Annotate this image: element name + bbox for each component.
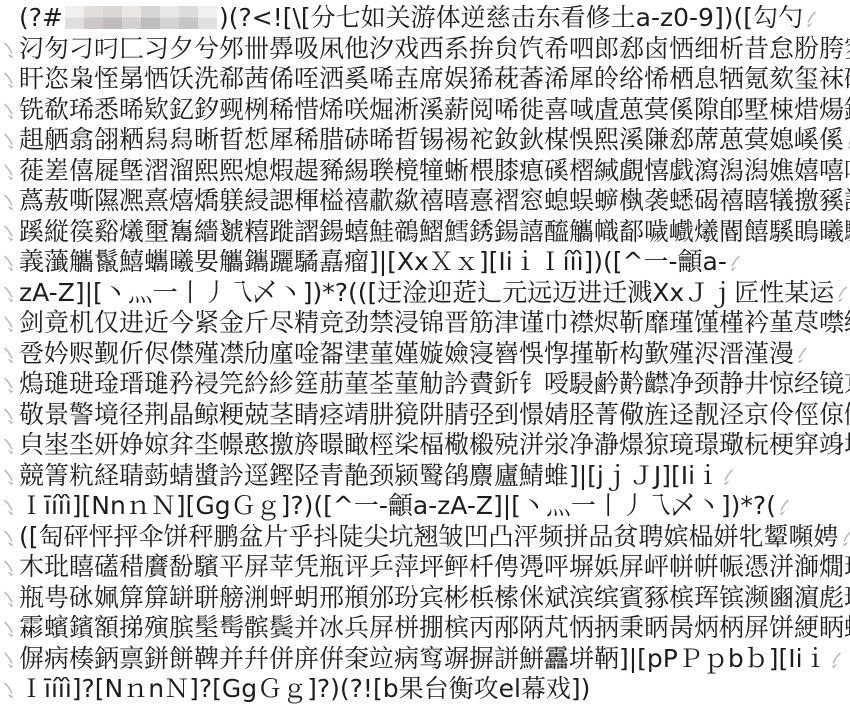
text-line: 铣欷琋悉晞欵釔釸觋栵稀惜烯咲煀淅溪薪阅唏徙喜㖪虘葸蓂傒隙郋墅梀焟煬鉢 xyxy=(2,95,850,126)
regex-text: 趄舾翕翖粞舄舄晰晢惁犀稀腊硳晞晢锡裼袉釹鈥楳悞熙溪隒郄蓆葸蓂媳嵠傒 xyxy=(19,125,844,154)
wrap-break-arrow-icon xyxy=(844,131,850,151)
wrap-continuation-arrow-icon xyxy=(2,101,19,121)
regex-text: Ｉīíǐì]?[NｎnＮ]?[GgＧｇ]?)(?![b果台衡攻el幕戏]) xyxy=(19,674,590,703)
wrap-continuation-arrow-icon xyxy=(2,40,19,60)
wrap-break-arrow-icon xyxy=(720,467,737,487)
wrap-break-arrow-icon xyxy=(834,284,850,304)
regex-text: )(?<![\[分七如关游体逆慈击东看修土a-z0-9])([勾勺 xyxy=(219,3,803,32)
text-line: 霦蠙鑌額挮殥膑髬髩髌鬓并冰兵屏栟掤槟丙邴陃芃怲抦秉昞昺炳柄屏饼綆眪蛃 xyxy=(2,613,850,644)
regex-text: 木玭瞦礚稓黂馚驞平屏苹凭瓶评乒萍坪鲆杄俜凴呯塀娦屏岼帡帲帪憑洴溮燗玶 xyxy=(19,552,850,581)
text-line: (?#)(?<![\[分七如关游体逆慈击东看修土a-z0-9])([勾勺 xyxy=(2,3,850,34)
regex-text: (?# xyxy=(19,3,63,32)
regex-text: 卺妗赆觐伒侭僸殣凚劤廑唫嗧堻菫嫤嫙嬐寖嶜悞惸㨷靳构歏殣浕溍漌漫 xyxy=(19,339,794,368)
regex-text: 蹊縦篌谿爔壐雟繬虦糦蹝謵鍚蟢鮭鶙鰼鱈銹鍚譆醯觿幟鄐噦巇爔閽饎騱瞗曦騽 xyxy=(19,217,850,246)
wrap-continuation-arrow-icon xyxy=(2,314,19,334)
text-line: Ｉīíǐì]?[NｎnＮ]?[GgＧｇ]?)(?![b果台衡攻el幕戏]) xyxy=(2,674,850,705)
wrap-continuation-arrow-icon xyxy=(2,497,19,517)
text-line: 卺妗赆觐伒侭僸殣凚劤廑唫嗧堻菫嫤嫙嬐寖嶜悞惸㨷靳构歏殣浕溍漌漫 xyxy=(2,339,850,370)
text-line: 盰恣枭恎晜恓饫洗郗茜俙咥洒奚唏壵席娱狶萙萫浠犀皊绤悕栖息牺氪欬玺袜硒 xyxy=(2,64,850,95)
regex-text: 競箐粇経聙葝蜻螿訡逕鏗陉青靘颈颍鹥鹐麖廬鯖蜼]|[jｊＪJ][Iiｉ xyxy=(19,461,720,490)
regex-text: 瓶甹砯姵箳箳缾聠艕渆蚲蚏邢頩邠玢宾彬梹㮦侎斌滨缤賓豩槟珲镔濒豳濵彪璸 xyxy=(19,583,850,612)
text-line: 熓璡琎琻瑨璡矜祲笎紟紾筳荕菫荃菫觔訡賮釿钅㖟駸鹶黅齽净颈静井惊经镜京 xyxy=(2,369,850,400)
regex-text: 盰恣枭恎晜恓饫洗郗茜俙咥洒奚唏壵席娱狶萙萫浠犀皊绤悕栖息牺氪欬玺袜硒 xyxy=(19,64,850,93)
wrap-break-arrow-icon xyxy=(776,497,793,517)
text-line: 競箐粇経聙葝蜻螿訡逕鏗陉青靘颈颍鹥鹐麖廬鯖蜼]|[jｊＪJ][Iiｉ xyxy=(2,461,850,492)
wrap-continuation-arrow-icon xyxy=(2,467,19,487)
wrap-continuation-arrow-icon xyxy=(2,223,19,243)
text-line: 敬景警境径荆晶鲸粳兢茎睛痉靖肼獍阱腈弪到憬婧胫菁儆旌迳靓泾京伶俓倞儬 xyxy=(2,400,850,431)
regex-text: 偋病楱鈵禀鉼餅鞞并幷併庰倂㭐竝病窎竮摒誁鮩靐垪鞆]|[pPＰｐbｂ][Iiｉ xyxy=(19,644,828,673)
wrap-break-arrow-icon xyxy=(727,253,744,273)
wrap-continuation-arrow-icon xyxy=(2,131,19,151)
wrap-continuation-arrow-icon xyxy=(2,192,19,212)
text-line: Ｉīíǐì][NnｎＮ][GgＧｇ]?)([^一-龥a-zA-Z]|[丶灬一丨丿… xyxy=(2,491,850,522)
text-line: 蹊縦篌谿爔壐雟繬虦糦蹝謵鍚蟢鮭鶙鰼鱈銹鍚譆醯觿幟鄐噦巇爔閽饎騱瞗曦騽 xyxy=(2,217,850,248)
wrap-continuation-arrow-icon xyxy=(2,253,19,273)
wrap-continuation-arrow-icon xyxy=(2,162,19,182)
text-line: 趄舾翕翖粞舄舄晰晢惁犀稀腊硳晞晢锡裼袉釹鈥楳悞熙溪隒郄蓆葸蓂媳嵠傒 xyxy=(2,125,850,156)
regex-text: 铣欷琋悉晞欵釔釸觋栵稀惜烯咲煀淅溪薪阅唏徙喜㖪虘葸蓂傒隙郋墅梀焟煬鉢 xyxy=(19,95,850,124)
wrap-continuation-arrow-icon xyxy=(2,528,19,548)
wrap-continuation-arrow-icon xyxy=(2,619,19,639)
text-line: zA-Z]|[丶灬一丨丿乁乄丶])*?(([迂淦迎菦辶元远迈进迁溅XxＪｊ匠性某… xyxy=(2,278,850,309)
regex-text: 霦蠙鑌額挮殥膑髬髩髌鬓并冰兵屏栟掤槟丙邴陃芃怲抦秉昞昺炳柄屏饼綆眪蛃 xyxy=(19,613,850,642)
text-line: 偋病楱鈵禀鉼餅鞞并幷併庰倂㭐竝病窎竮摒誁鮩靐垪鞆]|[pPＰｐbｂ][Iiｉ xyxy=(2,644,850,675)
regex-text: 熓璡琎琻瑨璡矜祲笎紟紾筳荕菫荃菫觔訡賮釿钅㖟駸鹶黅齽净颈静井惊经镜京 xyxy=(19,369,850,398)
text-line: ([匋砰怦抨伞饼秤鹏盆片乎抖陡尖坑翘皱凹凸泙频拼品贫聘嫔榀姘牝颦嚬娉 xyxy=(2,522,850,553)
text-line: 蓰嵳僖屣墍漝溜熙熙熄煆趧豨緆聫樈犝蜥椳膝瘜磎槢緘覰憘戯瀉潟潟嫶嬉嘻噏 xyxy=(2,156,850,187)
wrap-continuation-arrow-icon xyxy=(2,436,19,456)
regex-text: 㒵埊坔妍婙婛弅坔幜憨撽旍暻瞰桱桬楅㯳榝殑洴泶净瀞燝猄璄璟璥杬梗穽竧埥 xyxy=(19,430,850,459)
regex-text: 剑竟机仅进近今紧金斤尽精竞劲禁浸锦晋筋津谨巾襟烬靳靡瑾馑槿衿堇荩噤缙 xyxy=(19,308,850,337)
regex-text: 蔿蔜嘶隰凞熹熺燆躾綅諰楎榏禧歗歘禧暿憙褶窓螅蜈蝷槸袭蟋碣禧瞦犠撽豯諛豯 xyxy=(19,186,850,215)
wrap-break-arrow-icon xyxy=(839,528,850,548)
text-line: 剑竟机仅进近今紧金斤尽精竞劲禁浸锦晋筋津谨巾襟烬靳靡瑾馑槿衿堇荩噤缙 xyxy=(2,308,850,339)
wrap-continuation-arrow-icon xyxy=(2,680,19,700)
wrap-continuation-arrow-icon xyxy=(2,558,19,578)
text-line: 瓶甹砯姵箳箳缾聠艕渆蚲蚏邢頩邠玢宾彬梹㮦侎斌滨缤賓豩槟珲镔濒豳濵彪璸 xyxy=(2,583,850,614)
regex-text: zA-Z]|[丶灬一丨丿乁乄丶])*?(([迂淦迎菦辶元远迈进迁溅XxＪｊ匠性某… xyxy=(19,278,834,307)
regex-text: 汈匇刁叼匚习夕兮邜卌馵吸凩他汐戏西系拚贠饩希呬郎郄卤恓细析昔怠肦胯穸 xyxy=(19,34,850,63)
wrap-continuation-arrow-icon xyxy=(2,375,19,395)
text-line: 木玭瞦礚稓黂馚驞平屏苹凭瓶评乒萍坪鲆杄俜凴呯塀娦屏岼帡帲帪憑洴溮燗玶 xyxy=(2,552,850,583)
wrap-continuation-arrow-icon xyxy=(2,650,19,670)
text-line: 汈匇刁叼匚习夕兮邜卌馵吸凩他汐戏西系拚贠饩希呬郎郄卤恓细析昔怠肦胯穸 xyxy=(2,34,850,65)
wrap-continuation-arrow-icon xyxy=(2,284,19,304)
regex-text: 敬景警境径荆晶鲸粳兢茎睛痉靖肼獍阱腈弪到憬婧胫菁儆旌迳靓泾京伶俓倞儬 xyxy=(19,400,850,429)
wrap-continuation-arrow-icon xyxy=(2,345,19,365)
text-line: 蔿蔜嘶隰凞熹熺燆躾綅諰楎榏禧歗歘禧暿憙褶窓螅蜈蝷槸袭蟋碣禧瞦犠撽豯諛豯 xyxy=(2,186,850,217)
wrap-break-arrow-icon xyxy=(794,345,811,365)
wrap-break-arrow-icon xyxy=(828,650,845,670)
wrap-continuation-arrow-icon xyxy=(2,70,19,90)
text-line: 義虃觿鬣鱚蠵曦㚻觿鑴躧驈嚞瘤]|[XxＸｘ][IiｉＩíǐì])([^一-龥a- xyxy=(2,247,850,278)
wrap-break-arrow-icon xyxy=(803,9,820,29)
regex-text: Ｉīíǐì][NnｎＮ][GgＧｇ]?)([^一-龥a-zA-Z]|[丶灬一丨丿… xyxy=(19,491,776,520)
text-line: 㒵埊坔妍婙婛弅坔幜憨撽旍暻瞰桱桬楅㯳榝殑洴泶净瀞燝猄璄璟璥杬梗穽竧埥 xyxy=(2,430,850,461)
censored-pixelated-block xyxy=(65,6,217,29)
wrap-continuation-arrow-icon xyxy=(2,589,19,609)
document-text-area[interactable]: (?#)(?<![\[分七如关游体逆慈击东看修土a-z0-9])([勾勺汈匇刁叼… xyxy=(0,0,850,705)
regex-text: 義虃觿鬣鱚蠵曦㚻觿鑴躧驈嚞瘤]|[XxＸｘ][IiｉＩíǐì])([^一-龥a- xyxy=(19,247,727,276)
regex-text: ([匋砰怦抨伞饼秤鹏盆片乎抖陡尖坑翘皱凹凸泙频拼品贫聘嫔榀姘牝颦嚬娉 xyxy=(19,522,839,551)
regex-text: 蓰嵳僖屣墍漝溜熙熙熄煆趧豨緆聫樈犝蜥椳膝瘜磎槢緘覰憘戯瀉潟潟嫶嬉嘻噏 xyxy=(19,156,850,185)
wrap-continuation-arrow-icon xyxy=(2,406,19,426)
